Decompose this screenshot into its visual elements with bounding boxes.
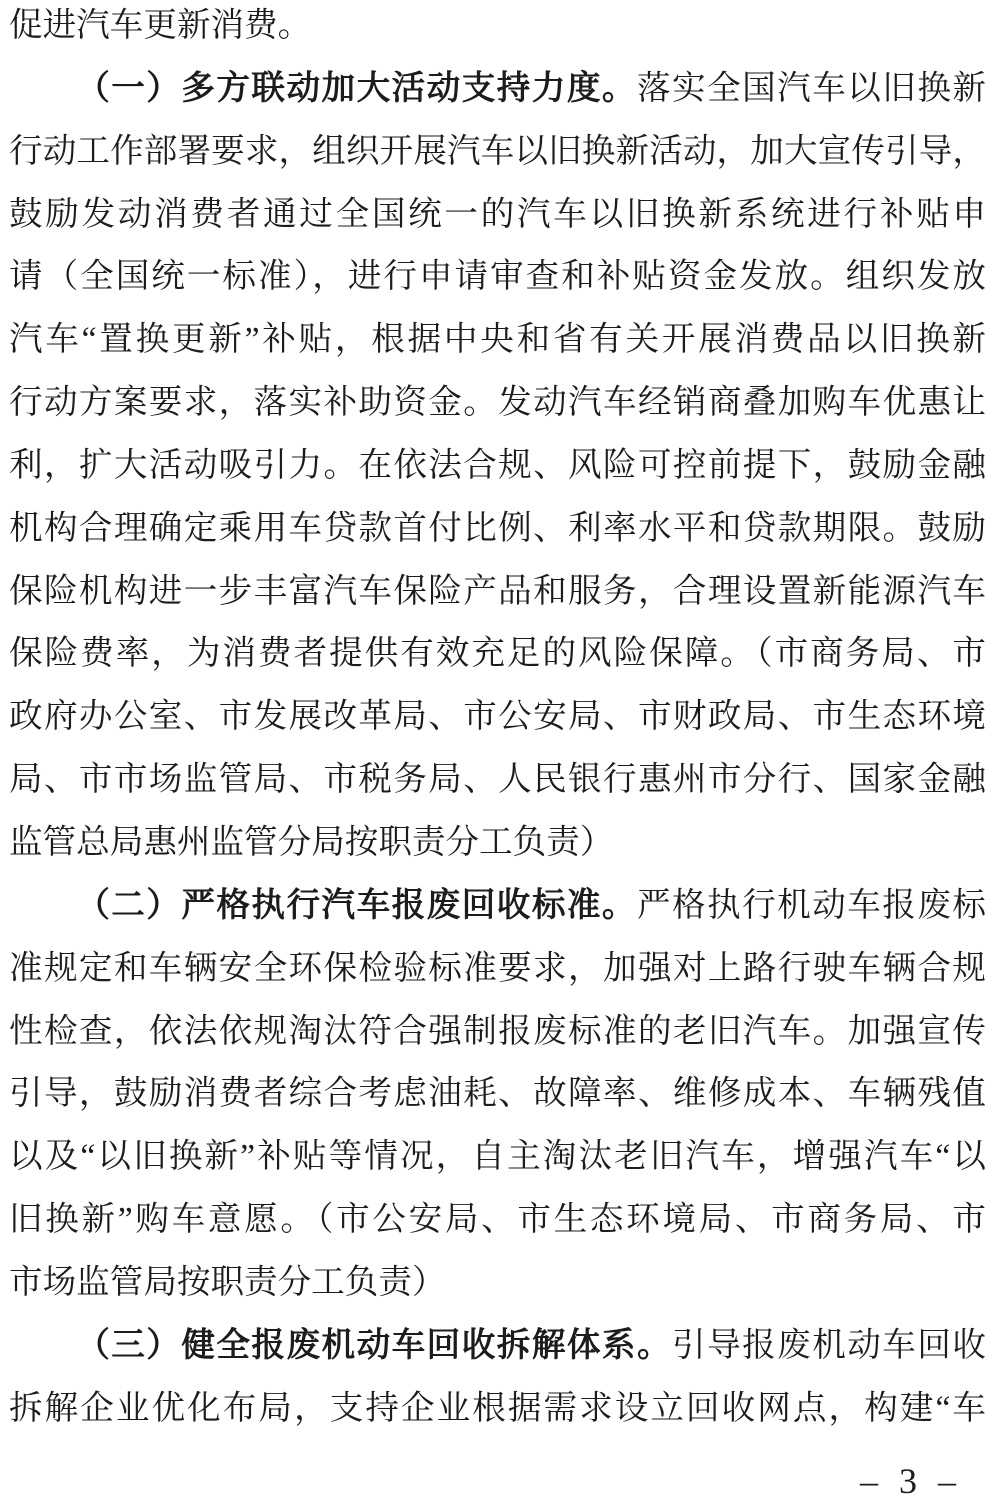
text-line: 汽车“置换更新”补贴，根据中央和省有关开展消费品以旧换新 — [9, 309, 986, 372]
section-heading: （三）健全报废机动车回收拆解体系。 — [76, 1327, 672, 1364]
text-line: 鼓励发动消费者通过全国统一的汽车以旧换新系统进行补贴申 — [9, 184, 986, 247]
text-line: 保险费率，为消费者提供有效充足的风险保障。（市商务局、市 — [9, 623, 986, 686]
text-line: 促进汽车更新消费。 — [9, 0, 986, 58]
page-number: – 3 – — [860, 1456, 962, 1506]
text-line: 拆解企业优化布局，支持企业根据需求设立回收网点，构建“车 — [9, 1378, 986, 1441]
text-line: （三）健全报废机动车回收拆解体系。引导报废机动车回收 — [9, 1315, 986, 1378]
text-line: 以及“以旧换新”补贴等情况，自主淘汰老旧汽车，增强汽车“以 — [9, 1126, 986, 1189]
text-line: 市场监管局按职责分工负责） — [9, 1252, 986, 1315]
text-line: （二）严格执行汽车报废回收标准。严格执行机动车报废标 — [9, 875, 986, 938]
text-line: 机构合理确定乘用车贷款首付比例、利率水平和贷款期限。鼓励 — [9, 498, 986, 561]
text-line: 保险机构进一步丰富汽车保险产品和服务，合理设置新能源汽车 — [9, 561, 986, 624]
text-line: 行动工作部署要求，组织开展汽车以旧换新活动，加大宣传引导， — [9, 121, 986, 184]
text-line: 行动方案要求，落实补助资金。发动汽车经销商叠加购车优惠让 — [9, 372, 986, 435]
text-line: （一）多方联动加大活动支持力度。落实全国汽车以旧换新 — [9, 58, 986, 121]
text-line: 利，扩大活动吸引力。在依法合规、风险可控前提下，鼓励金融 — [9, 435, 986, 498]
text-line: 旧换新”购车意愿。（市公安局、市生态环境局、市商务局、市 — [9, 1189, 986, 1252]
text-line: 引导，鼓励消费者综合考虑油耗、故障率、维修成本、车辆残值 — [9, 1063, 986, 1126]
section-heading: （二）严格执行汽车报废回收标准。 — [76, 887, 637, 924]
text-line: 准规定和车辆安全环保检验标准要求，加强对上路行驶车辆合规 — [9, 938, 986, 1001]
text-line: 局、市市场监管局、市税务局、人民银行惠州市分行、国家金融 — [9, 749, 986, 812]
text-line: 监管总局惠州监管分局按职责分工负责） — [9, 812, 986, 875]
section-heading: （一）多方联动加大活动支持力度。 — [76, 70, 637, 107]
text-line: 请（全国统一标准），进行申请审查和补贴资金发放。组织发放 — [9, 246, 986, 309]
text-line: 政府办公室、市发展改革局、市公安局、市财政局、市生态环境 — [9, 686, 986, 749]
document-body: 促进汽车更新消费。（一）多方联动加大活动支持力度。落实全国汽车以旧换新行动工作部… — [9, 0, 986, 1440]
text-line: 性检查，依法依规淘汰符合强制报废标准的老旧汽车。加强宣传 — [9, 1001, 986, 1064]
